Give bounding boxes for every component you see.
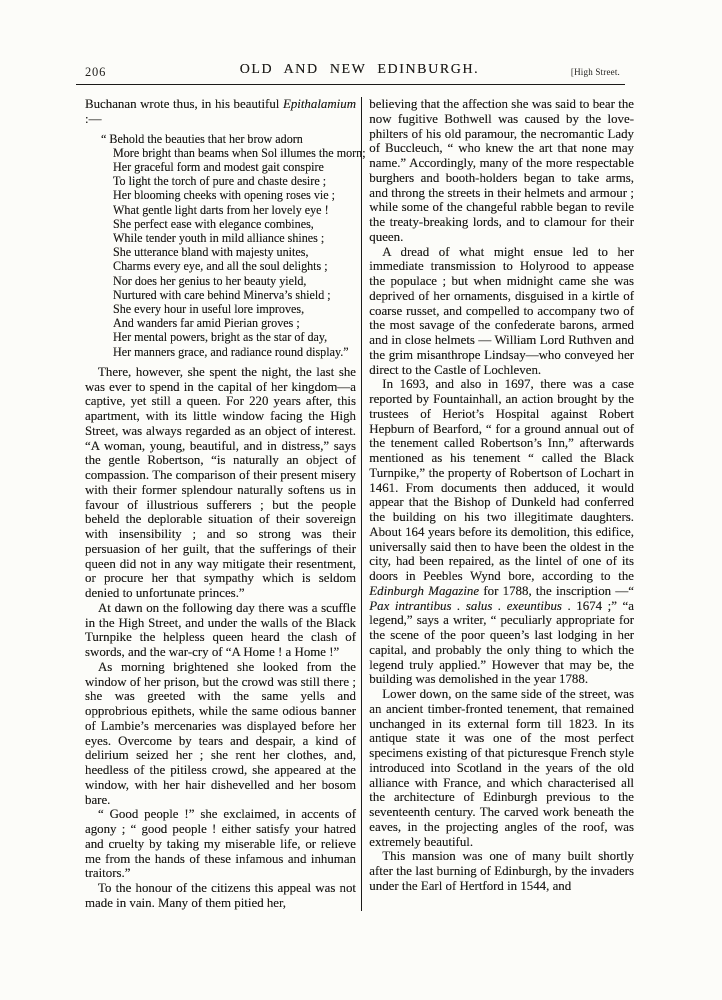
verse-line: She perfect ease with elegance combines, xyxy=(113,217,356,231)
verse-line: She every hour in useful lore improves, xyxy=(113,302,356,316)
paragraph: To the honour of the citizens this appea… xyxy=(85,881,356,911)
verse-block: “ Behold the beauties that her brow ador… xyxy=(85,132,356,359)
text-run: This mansion was one of many built short… xyxy=(369,849,634,893)
right-column: believing that the affection she was sai… xyxy=(369,97,634,911)
italic-text-run: Edinburgh Magazine xyxy=(369,584,479,598)
text-run: “ Good people !” she exclaimed, in accen… xyxy=(85,807,356,880)
verse-line: While tender youth in mild alliance shin… xyxy=(113,231,356,245)
paragraph: A dread of what might ensue led to her i… xyxy=(369,245,634,378)
verse-line: And wanders far amid Pierian groves ; xyxy=(113,316,356,330)
text-run: As morning brightened she looked from th… xyxy=(85,660,356,807)
paragraph: “ Good people !” she exclaimed, in accen… xyxy=(85,807,356,881)
verse-line: She utterance bland with majesty unites, xyxy=(113,245,356,259)
running-head: [High Street. xyxy=(571,67,620,77)
text-columns: Buchanan wrote thus, in his beautiful Ep… xyxy=(85,97,634,911)
verse-line: Charms every eye, and all the soul delig… xyxy=(113,259,356,273)
text-run: At dawn on the following day there was a… xyxy=(85,601,356,659)
paragraph: There, however, she spent the night, the… xyxy=(85,365,356,601)
text-run: Buchanan wrote thus, in his beautiful xyxy=(85,97,283,111)
text-run: Lower down, on the same side of the stre… xyxy=(369,687,634,849)
verse-line: Nurtured with care behind Minerva’s shie… xyxy=(113,288,356,302)
text-run: To the honour of the citizens this appea… xyxy=(85,881,356,910)
verse-line: More bright than beams when Sol illumes … xyxy=(113,146,356,160)
paragraph: As morning brightened she looked from th… xyxy=(85,660,356,808)
text-run: believing that the affection she was sai… xyxy=(369,97,634,244)
column-divider xyxy=(361,97,362,911)
verse-line: Her mental powers, bright as the star of… xyxy=(113,330,356,344)
text-run: A dread of what might ensue led to her i… xyxy=(369,245,634,377)
paragraph: In 1693, and also in 1697, there was a c… xyxy=(369,377,634,687)
left-column: Buchanan wrote thus, in his beautiful Ep… xyxy=(85,97,356,911)
text-run: for 1788, the inscription —“ xyxy=(479,584,634,598)
page-header: 206 OLD AND NEW EDINBURGH. [High Street. xyxy=(85,60,634,80)
text-run: There, however, she spent the night, the… xyxy=(85,365,356,600)
paragraph: believing that the affection she was sai… xyxy=(369,97,634,245)
verse-line: Nor does her genius to her beauty yield, xyxy=(113,274,356,288)
page-title: OLD AND NEW EDINBURGH. xyxy=(85,62,634,78)
paragraph: Buchanan wrote thus, in his beautiful Ep… xyxy=(85,97,356,127)
header-rule xyxy=(76,84,625,85)
text-run: In 1693, and also in 1697, there was a c… xyxy=(369,377,634,583)
text-run: :— xyxy=(85,112,101,126)
verse-line: “ Behold the beauties that her brow ador… xyxy=(113,132,356,146)
verse-line: What gentle light darts from her lovely … xyxy=(113,203,356,217)
paragraph: At dawn on the following day there was a… xyxy=(85,601,356,660)
italic-text-run: Pax intrantibus . salus . exeuntibus xyxy=(369,599,562,613)
verse-line: Her graceful form and modest gait conspi… xyxy=(113,160,356,174)
book-page: 206 OLD AND NEW EDINBURGH. [High Street.… xyxy=(0,0,722,1000)
italic-text-run: Epithalamium xyxy=(283,97,356,111)
verse-line: Her manners grace, and radiance round di… xyxy=(113,345,356,359)
verse-line: Her blooming cheeks with opening roses v… xyxy=(113,188,356,202)
paragraph: This mansion was one of many built short… xyxy=(369,849,634,893)
paragraph: Lower down, on the same side of the stre… xyxy=(369,687,634,849)
verse-line: To light the torch of pure and chaste de… xyxy=(113,174,356,188)
